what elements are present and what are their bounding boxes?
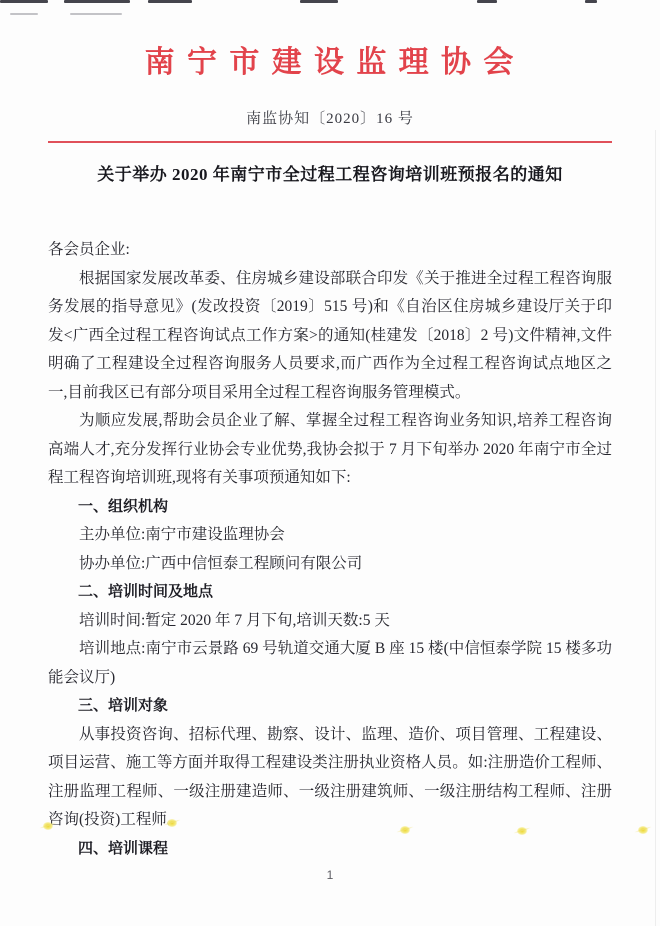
- page-number: 1: [0, 868, 660, 882]
- training-place-line: 培训地点:南宁市云景路 69 号轨道交通大厦 B 座 15 楼(中信恒泰学院 1…: [48, 635, 612, 692]
- scan-speck: [517, 827, 527, 835]
- section-heading-courses: 四、培训课程: [48, 835, 612, 864]
- scan-artifact-dash: [10, 13, 38, 15]
- paragraph-purpose: 为顺应发展,帮助会员企业了解、掌握全过程工程咨询业务知识,培养工程咨询高端人才,…: [48, 407, 612, 493]
- scan-artifact-dash: [0, 0, 48, 3]
- scan-speck: [167, 819, 177, 827]
- organizer-line: 主办单位:南宁市建设监理协会: [48, 521, 612, 550]
- section-heading-organization: 一、组织机构: [48, 493, 612, 522]
- document-page: 南 宁 市 建 设 监 理 协 会 南监协知〔2020〕16 号 关于举办 20…: [0, 0, 660, 926]
- scan-artifact-dash: [585, 0, 597, 3]
- scan-speck: [43, 822, 53, 830]
- scan-edge-line: [655, 130, 656, 926]
- scan-artifact-dash: [477, 0, 497, 3]
- co-organizer-line: 协办单位:广西中信恒泰工程顾问有限公司: [48, 550, 612, 579]
- scan-speck: [400, 826, 410, 834]
- salutation: 各会员企业:: [48, 236, 612, 265]
- letterhead-divider: [48, 141, 612, 143]
- scan-speck: [638, 826, 648, 834]
- letterhead: 南 宁 市 建 设 监 理 协 会 南监协知〔2020〕16 号: [0, 37, 660, 143]
- scan-artifact-dash: [148, 0, 192, 3]
- scan-artifact-dash: [70, 13, 122, 15]
- section-heading-audience: 三、培训对象: [48, 692, 612, 721]
- scan-artifact-dash: [300, 0, 338, 3]
- scan-artifact-dash: [64, 0, 130, 3]
- paragraph-background: 根据国家发展改革委、住房城乡建设部联合印发《关于推进全过程工程咨询服务发展的指导…: [48, 265, 612, 408]
- doc-number: 南监协知〔2020〕16 号: [0, 107, 660, 128]
- section-heading-time-place: 二、培训时间及地点: [48, 578, 612, 607]
- document-body: 各会员企业: 根据国家发展改革委、住房城乡建设部联合印发《关于推进全过程工程咨询…: [48, 236, 612, 863]
- org-name: 南 宁 市 建 设 监 理 协 会: [0, 37, 660, 81]
- training-time-line: 培训时间:暂定 2020 年 7 月下旬,培训天数:5 天: [48, 607, 612, 636]
- document-title: 关于举办 2020 年南宁市全过程工程咨询培训班预报名的通知: [30, 160, 630, 185]
- paragraph-audience: 从事投资咨询、招标代理、勘察、设计、监理、造价、项目管理、工程建设、项目运营、施…: [48, 721, 612, 835]
